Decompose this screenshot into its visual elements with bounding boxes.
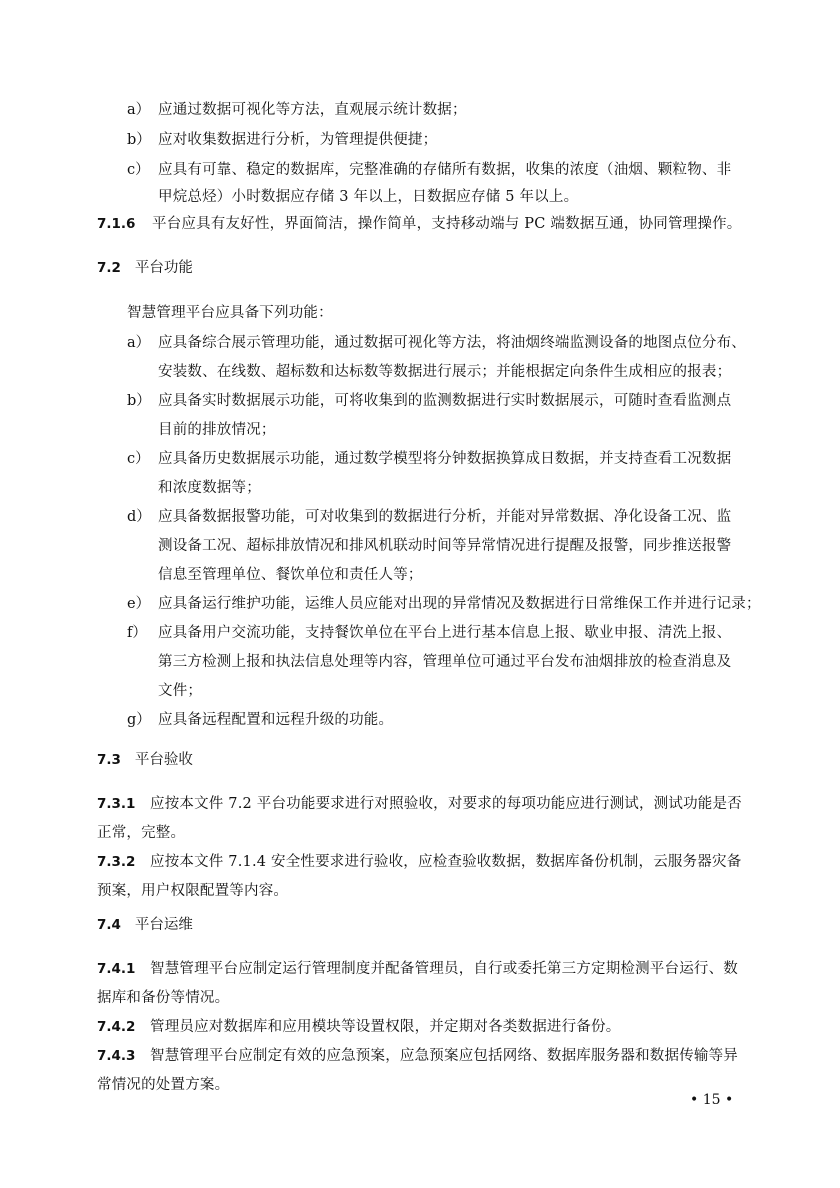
clause-text: 智慧管理平台应制定运行管理制度并配备管理员，自行或委托第三方定期检测平台运行、数 — [150, 959, 738, 979]
list-item-text: 目前的排放情况； — [158, 420, 276, 440]
clause-text: 智慧管理平台应制定有效的应急预案，应急预案应包括网络、数据库服务器和数据传输等异 — [150, 1046, 738, 1066]
section-heading-7-4: 7.4平台运维 — [97, 915, 193, 935]
list-item-text: 测设备工况、超标排放情况和排风机联动时间等异常情况进行提醒及报警，同步推送报警 — [158, 536, 731, 556]
page-number: • 15 • — [690, 1090, 733, 1110]
section-number: 7.4 — [97, 917, 121, 933]
list-item-text: 信息至管理单位、餐饮单位和责任人等； — [158, 565, 423, 585]
list-label: b） — [127, 130, 151, 150]
clause-text: 据库和备份等情况。 — [97, 988, 229, 1008]
list-label: g） — [127, 710, 151, 730]
section-title: 平台验收 — [135, 752, 193, 768]
section-number: 7.2 — [97, 260, 121, 276]
list-item-text: 第三方检测上报和执法信息处理等内容，管理单位可通过平台发布油烟排放的检查消息及 — [158, 652, 731, 672]
section-intro: 智慧管理平台应具备下列功能： — [127, 303, 333, 323]
list-item-text: 应具备用户交流功能，支持餐饮单位在平台上进行基本信息上报、歇业申报、清洗上报、 — [158, 623, 731, 643]
list-label: b） — [127, 391, 151, 411]
list-item-text: 应具备运行维护功能，运维人员应能对出现的异常情况及数据进行日常维保工作并进行记录… — [158, 594, 761, 614]
section-heading-7-2: 7.2平台功能 — [97, 258, 193, 278]
clause-number: 7.4.2 — [97, 1017, 135, 1037]
list-item-text: 应具备实时数据展示功能，可将收集到的监测数据进行实时数据展示，可随时查看监测点 — [158, 391, 731, 411]
clause-number: 7.1.6 — [97, 214, 135, 234]
clause-text: 平台应具有友好性，界面简洁，操作简单，支持移动端与 PC 端数据互通，协同管理操… — [152, 214, 741, 234]
list-item-text: 甲烷总烃）小时数据应存储 3 年以上，日数据应存储 5 年以上。 — [158, 187, 578, 207]
section-title: 平台运维 — [135, 917, 193, 933]
list-label: c） — [127, 160, 150, 180]
clause-text: 应按本文件 7.1.4 安全性要求进行验收，应检查验收数据，数据库备份机制，云服… — [150, 852, 741, 872]
clause-number: 7.4.3 — [97, 1046, 135, 1066]
section-number: 7.3 — [97, 752, 121, 768]
clause-text: 管理员应对数据库和应用模块等设置权限，并定期对各类数据进行备份。 — [150, 1017, 620, 1037]
list-label: e） — [127, 594, 150, 614]
section-heading-7-3: 7.3平台验收 — [97, 750, 193, 770]
list-item-text: 应具有可靠、稳定的数据库，完整准确的存储所有数据，收集的浓度（油烟、颗粒物、非 — [158, 160, 731, 180]
list-item-text: 文件； — [158, 681, 202, 701]
clause-text: 正常，完整。 — [97, 823, 185, 843]
list-label: c） — [127, 449, 150, 469]
list-label: a） — [127, 100, 150, 120]
clause-text: 预案，用户权限配置等内容。 — [97, 881, 288, 901]
clause-text: 常情况的处置方案。 — [97, 1075, 229, 1095]
clause-number: 7.3.1 — [97, 794, 135, 814]
clause-text: 应按本文件 7.2 平台功能要求进行对照验收，对要求的每项功能应进行测试，测试功… — [150, 794, 742, 814]
document-page: a） 应通过数据可视化等方法，直观展示统计数据； b） 应对收集数据进行分析，为… — [0, 0, 840, 1188]
list-item-text: 应具备历史数据展示功能，通过数学模型将分钟数据换算成日数据，并支持查看工况数据 — [158, 449, 731, 469]
list-item-text: 和浓度数据等； — [158, 478, 261, 498]
list-item-text: 应对收集数据进行分析，为管理提供便捷； — [158, 130, 437, 150]
list-item-text: 应具备远程配置和远程升级的功能。 — [158, 710, 393, 730]
list-label: d） — [127, 507, 151, 527]
section-title: 平台功能 — [135, 260, 193, 276]
list-item-text: 安装数、在线数、超标数和达标数等数据进行展示；并能根据定向条件生成相应的报表； — [158, 362, 731, 382]
clause-number: 7.3.2 — [97, 852, 135, 872]
clause-number: 7.4.1 — [97, 959, 135, 979]
list-label: f） — [127, 623, 147, 643]
list-item-text: 应通过数据可视化等方法，直观展示统计数据； — [158, 100, 467, 120]
list-label: a） — [127, 333, 150, 353]
list-item-text: 应具备综合展示管理功能，通过数据可视化等方法，将油烟终端监测设备的地图点位分布、 — [158, 333, 746, 353]
list-item-text: 应具备数据报警功能，可对收集到的数据进行分析，并能对异常数据、净化设备工况、监 — [158, 507, 731, 527]
